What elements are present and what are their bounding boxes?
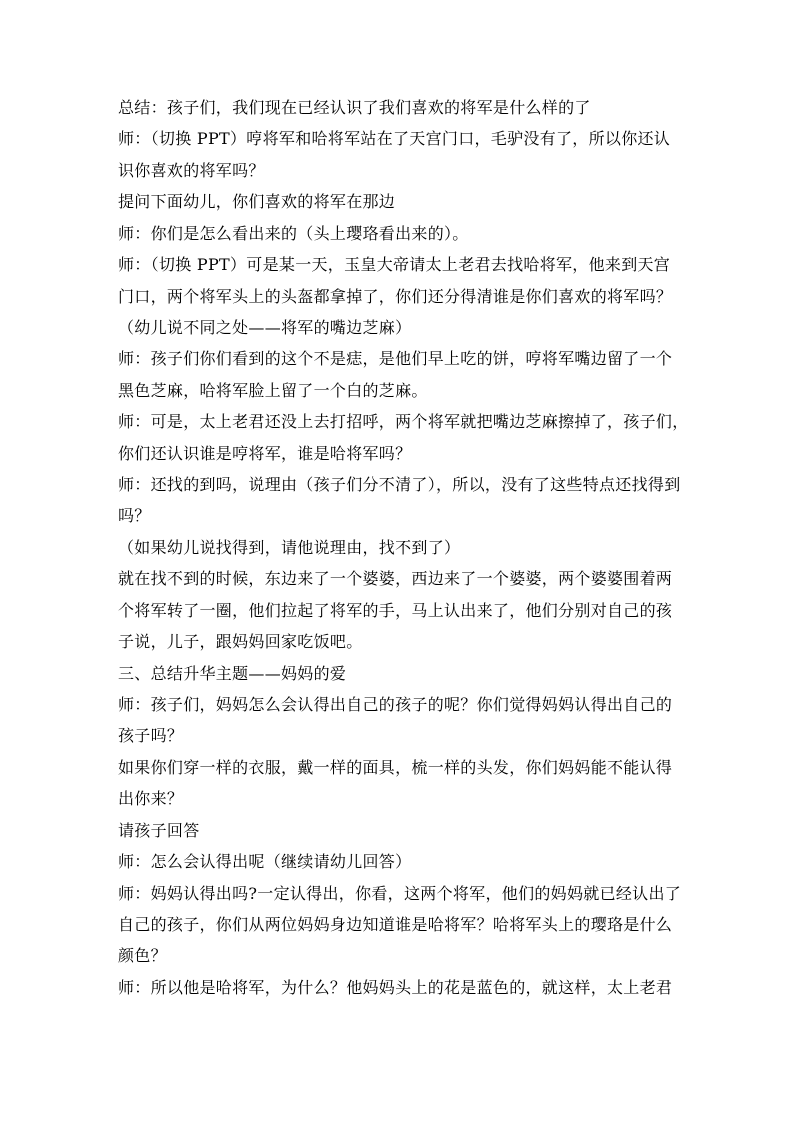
text-line: 师：（切换 PPT）可是某一天，玉皇大帝请太上老君去找哈将军，他来到天宫	[118, 249, 738, 280]
text-line: 你们还认识谁是哼将军，谁是哈将军吗？	[118, 438, 738, 469]
text-line: 出你来？	[118, 783, 738, 814]
text-line: 黑色芝麻，哈将军脸上留了一个白的芝麻。	[118, 375, 738, 406]
text-line: 师：可是，太上老君还没上去打招呼，两个将军就把嘴边芝麻擦掉了，孩子们，	[118, 406, 738, 437]
text-line: 师：妈妈认得出吗?一定认得出，你看，这两个将军，他们的妈妈就已经认出了	[118, 878, 738, 909]
text-line: 总结：孩子们，我们现在已经认识了我们喜欢的将军是什么样的了	[118, 92, 738, 123]
document-page: 总结：孩子们，我们现在已经认识了我们喜欢的将军是什么样的了师：（切换 PPT）哼…	[0, 0, 794, 1123]
text-line: 吗？	[118, 500, 738, 531]
text-line: （幼儿说不同之处——将军的嘴边芝麻）	[118, 312, 738, 343]
text-line: 门口，两个将军头上的头盔都拿掉了，你们还分得清谁是你们喜欢的将军吗？	[118, 281, 738, 312]
text-line: 子说，儿子，跟妈妈回家吃饭吧。	[118, 626, 738, 657]
text-line: 师：（切换 PPT）哼将军和哈将军站在了天宫门口，毛驴没有了，所以你还认	[118, 123, 738, 154]
text-line: 师：孩子们，妈妈怎么会认得出自己的孩子的呢？你们觉得妈妈认得出自己的	[118, 689, 738, 720]
text-line: 师：还找的到吗，说理由（孩子们分不清了），所以，没有了这些特点还找得到	[118, 469, 738, 500]
text-line: 提问下面幼儿，你们喜欢的将军在那边	[118, 186, 738, 217]
text-line: 就在找不到的时候，东边来了一个婆婆，西边来了一个婆婆，两个婆婆围着两	[118, 563, 738, 594]
text-line: 孩子吗？	[118, 720, 738, 751]
text-line: （如果幼儿说找得到，请他说理由，找不到了）	[118, 532, 738, 563]
text-line: 师：孩子们你们看到的这个不是痣，是他们早上吃的饼，哼将军嘴边留了一个	[118, 343, 738, 374]
text-line: 师：怎么会认得出呢（继续请幼儿回答）	[118, 846, 738, 877]
text-line: 请孩子回答	[118, 815, 738, 846]
text-line: 如果你们穿一样的衣服，戴一样的面具，梳一样的头发，你们妈妈能不能认得	[118, 752, 738, 783]
text-line: 自己的孩子，你们从两位妈妈身边知道谁是哈将军？哈将军头上的璎珞是什么	[118, 909, 738, 940]
text-line: 师：你们是怎么看出来的（头上璎珞看出来的）。	[118, 218, 738, 249]
text-line: 识你喜欢的将军吗？	[118, 155, 738, 186]
text-line: 三、总结升华主题——妈妈的爱	[118, 658, 738, 689]
document-body: 总结：孩子们，我们现在已经认识了我们喜欢的将军是什么样的了师：（切换 PPT）哼…	[118, 92, 738, 1003]
text-line: 师：所以他是哈将军，为什么？他妈妈头上的花是蓝色的，就这样，太上老君	[118, 972, 738, 1003]
text-line: 个将军转了一圈，他们拉起了将军的手，马上认出来了，他们分别对自己的孩	[118, 595, 738, 626]
text-line: 颜色？	[118, 940, 738, 971]
